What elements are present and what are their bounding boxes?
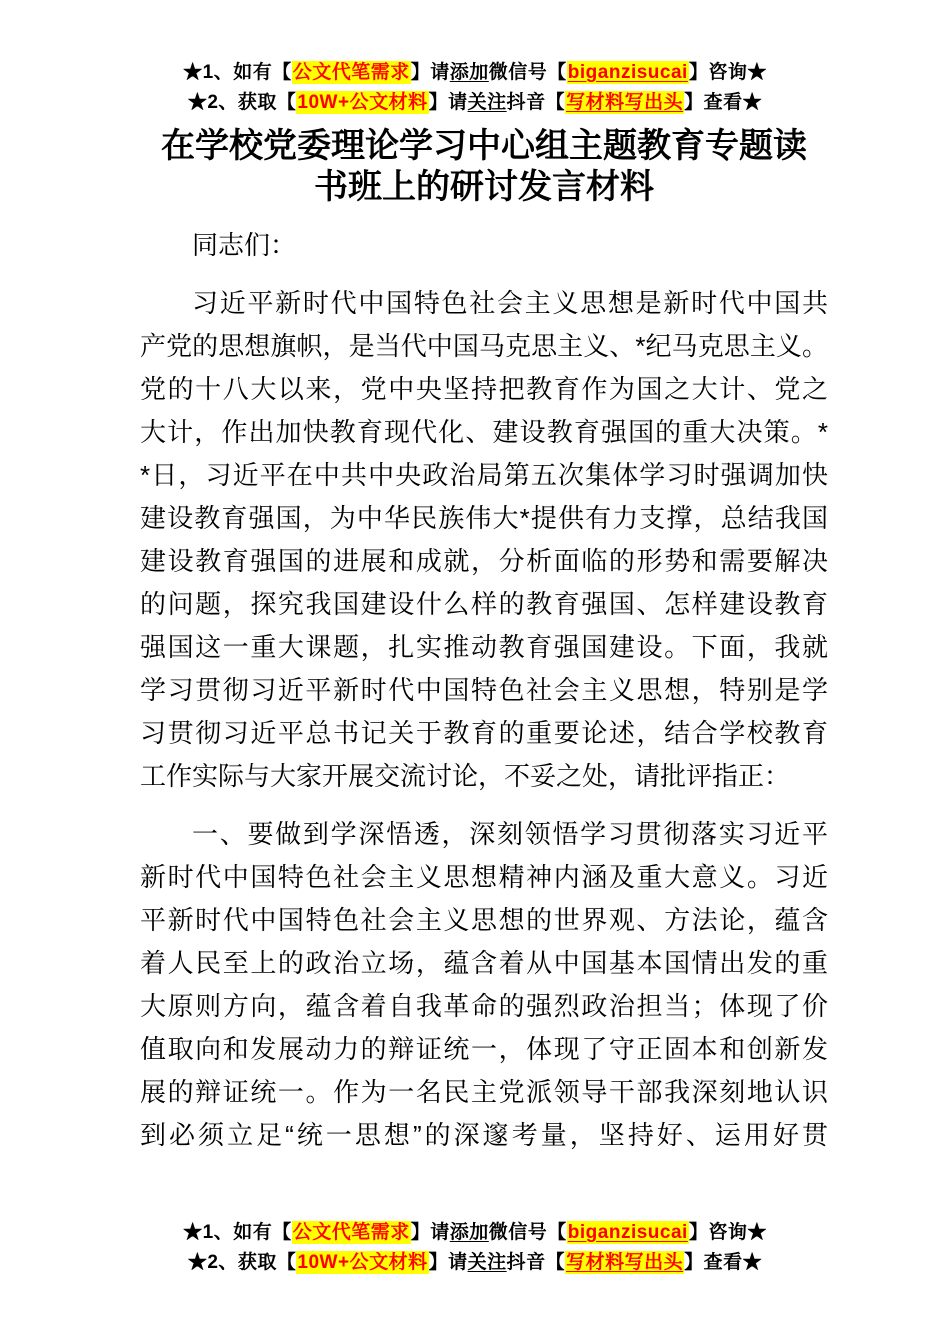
promo-text: ★1、如有【 <box>183 1222 292 1243</box>
body-line: *日，习近平在中共中央政治局第五次集体学习时强调加快 <box>140 454 828 497</box>
body-line: 的问题，探究我国建设什么样的教育强国、怎样建设教育 <box>140 583 828 626</box>
promo-highlight-text: 公文代笔需求 <box>292 61 411 84</box>
paragraph: 同志们： <box>140 224 828 267</box>
body-line: 新时代中国特色社会主义思想精神内涵及重大意义。习近 <box>140 856 828 899</box>
promo-footer: ★1、如有【公文代笔需求】请添加微信号【biganzisucai】咨询★ ★2、… <box>0 1218 950 1278</box>
promo-highlight-text: 公文代笔需求 <box>292 1221 411 1244</box>
body-line: 着人民至上的政治立场，蕴含着从中国基本国情出发的重 <box>140 942 828 985</box>
promo-text: 】请 <box>411 62 450 83</box>
document-title-line2: 书班上的研讨发言材料 <box>140 167 828 208</box>
promo-highlight-text: 写材料写出头 <box>565 1251 684 1274</box>
promo-footer-line2: ★2、获取【10W+公文材料】请关注抖音【写材料写出头】查看★ <box>0 1248 950 1278</box>
body-line: 到必须立足“统一思想”的深邃考量，坚持好、运用好贯 <box>140 1114 828 1157</box>
promo-header-line1: ★1、如有【公文代笔需求】请添加微信号【biganzisucai】咨询★ <box>0 58 950 88</box>
promo-header-line2: ★2、获取【10W+公文材料】请关注抖音【写材料写出头】查看★ <box>0 88 950 118</box>
body-line: 展的辩证统一。作为一名民主党派领导干部我深刻地认识 <box>140 1071 828 1114</box>
promo-text: 】请 <box>429 1252 468 1273</box>
paragraph: 一、要做到学深悟透，深刻领悟学习贯彻落实习近平新时代中国特色社会主义思想精神内涵… <box>140 813 828 1157</box>
document-title: 在学校党委理论学习中心组主题教育专题读 书班上的研讨发言材料 <box>140 126 828 208</box>
body-line: 平新时代中国特色社会主义思想的世界观、方法论，蕴含 <box>140 899 828 942</box>
promo-text: 】咨询★ <box>689 1222 767 1243</box>
body-line: 建设教育强国，为中华民族伟大*提供有力支撑，总结我国 <box>140 497 828 540</box>
promo-text: 添加 <box>450 62 489 83</box>
document-content: 在学校党委理论学习中心组主题教育专题读 书班上的研讨发言材料 同志们：习近平新时… <box>140 126 828 1172</box>
promo-text: 微信号【 <box>489 1222 567 1243</box>
promo-text: 抖音【 <box>507 92 566 113</box>
body-line: 产党的思想旗帜，是当代中国马克思主义、*纪马克思主义。 <box>140 325 828 368</box>
body-line: 同志们： <box>140 224 828 267</box>
document-body: 同志们：习近平新时代中国特色社会主义思想是新时代中国共产党的思想旗帜，是当代中国… <box>140 224 828 1157</box>
promo-highlight-text: biganzisucai <box>567 61 689 84</box>
promo-text: 抖音【 <box>507 1252 566 1273</box>
body-line: 习贯彻习近平总书记关于教育的重要论述，结合学校教育 <box>140 712 828 755</box>
promo-footer-line1: ★1、如有【公文代笔需求】请添加微信号【biganzisucai】咨询★ <box>0 1218 950 1248</box>
promo-text: 】咨询★ <box>689 62 767 83</box>
promo-text: 关注 <box>468 92 507 113</box>
promo-text: 】查看★ <box>684 1252 762 1273</box>
promo-text: 】查看★ <box>684 92 762 113</box>
body-line: 大原则方向，蕴含着自我革命的强烈政治担当；体现了价 <box>140 985 828 1028</box>
promo-text: 微信号【 <box>489 62 567 83</box>
body-line: 值取向和发展动力的辩证统一，体现了守正固本和创新发 <box>140 1028 828 1071</box>
promo-text: 】请 <box>411 1222 450 1243</box>
body-line: 建设教育强国的进展和成就，分析面临的形势和需要解决 <box>140 540 828 583</box>
body-line: 大计，作出加快教育现代化、建设教育强国的重大决策。* <box>140 411 828 454</box>
promo-text: ★1、如有【 <box>183 62 292 83</box>
promo-highlight-text: 10W+公文材料 <box>296 1251 428 1274</box>
promo-text: ★2、获取【 <box>188 1252 297 1273</box>
promo-text: 】请 <box>429 92 468 113</box>
promo-header: ★1、如有【公文代笔需求】请添加微信号【biganzisucai】咨询★ ★2、… <box>0 58 950 118</box>
promo-text: 添加 <box>450 1222 489 1243</box>
paragraph: 习近平新时代中国特色社会主义思想是新时代中国共产党的思想旗帜，是当代中国马克思主… <box>140 282 828 798</box>
promo-text: 关注 <box>468 1252 507 1273</box>
promo-highlight-text: biganzisucai <box>567 1221 689 1244</box>
body-line: 习近平新时代中国特色社会主义思想是新时代中国共 <box>140 282 828 325</box>
body-line: 党的十八大以来，党中央坚持把教育作为国之大计、党之 <box>140 368 828 411</box>
body-line: 一、要做到学深悟透，深刻领悟学习贯彻落实习近平 <box>140 813 828 856</box>
body-line: 工作实际与大家开展交流讨论，不妥之处，请批评指正： <box>140 755 828 798</box>
document-title-line1: 在学校党委理论学习中心组主题教育专题读 <box>140 126 828 167</box>
promo-text: ★2、获取【 <box>188 92 297 113</box>
promo-highlight-text: 10W+公文材料 <box>296 91 428 114</box>
body-line: 强国这一重大课题，扎实推动教育强国建设。下面，我就 <box>140 626 828 669</box>
body-line: 学习贯彻习近平新时代中国特色社会主义思想，特别是学 <box>140 669 828 712</box>
promo-highlight-text: 写材料写出头 <box>565 91 684 114</box>
document-page: ★1、如有【公文代笔需求】请添加微信号【biganzisucai】咨询★ ★2、… <box>0 0 950 1344</box>
